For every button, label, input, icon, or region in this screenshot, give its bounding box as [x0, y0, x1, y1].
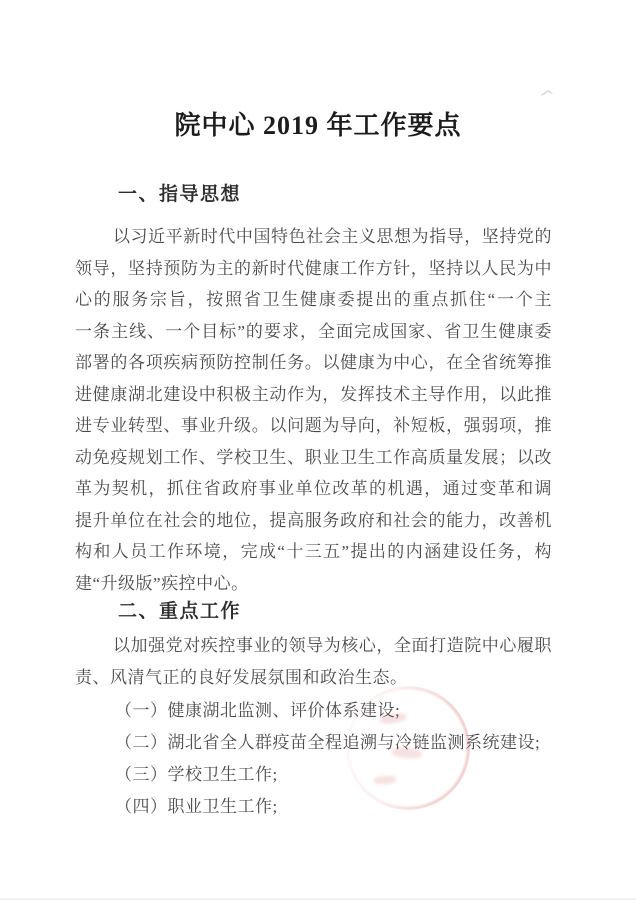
text-line: 部署的各项疾病预防控制任务。以健康为中心，在全省统筹推 — [75, 347, 552, 379]
text-line: 动免疫规划工作、学校卫生、职业卫生工作高质量发展；以改 — [75, 442, 552, 474]
text-line: 责、风清气正的良好发展氛围和政治生态。 — [75, 662, 552, 694]
list-item: （一）健康湖北监测、评价体系建设; — [75, 695, 552, 727]
paragraph-guiding-ideology: 以习近平新时代中国特色社会主义思想为指导，坚持党的领导，坚持预防为主的新时代健康… — [75, 221, 552, 599]
paragraph-key-work: 以加强党对疾控事业的领导为核心，全面打造院中心履职尽责、风清气正的良好发展氛围和… — [75, 630, 552, 693]
list-item: （三）学校卫生工作; — [75, 759, 552, 791]
text-line: 革为契机，抓住省政府事业单位改革的机遇，通过变革和调整， — [75, 473, 552, 505]
text-line: 进专业转型、事业升级。以问题为导向，补短板，强弱项，推 — [75, 410, 552, 442]
numbered-list: （一）健康湖北监测、评价体系建设;（二）湖北省全人群疫苗全程追溯与冷链监测系统建… — [75, 695, 552, 823]
text-line: 构和人员工作环境，完成“十三五”提出的内涵建设任务，构 — [75, 536, 552, 568]
text-line: 建“升级版”疾控中心。 — [75, 568, 552, 600]
list-item: （二）湖北省全人群疫苗全程追溯与冷链监测系统建设; — [75, 727, 552, 759]
text-line: 提升单位在社会的地位，提高服务政府和社会的能力，改善机 — [75, 505, 552, 537]
scanned-document-page: 院中心 2019 年工作要点 一、指导思想 以习近平新时代中国特色社会主义思想为… — [0, 0, 636, 900]
text-line: 心的服务宗旨，按照省卫生健康委提出的重点抓住“一个主题、 — [75, 284, 552, 316]
document-body: 一、指导思想 以习近平新时代中国特色社会主义思想为指导，坚持党的领导，坚持预防为… — [75, 0, 552, 900]
section-heading-guiding-ideology: 一、指导思想 — [75, 183, 552, 207]
list-item: （四）职业卫生工作; — [75, 791, 552, 823]
section-heading-key-work: 二、重点工作 — [75, 600, 552, 624]
text-line: 以加强党对疾控事业的领导为核心，全面打造院中心履职尽 — [75, 630, 552, 662]
text-line: 领导，坚持预防为主的新时代健康工作方针，坚持以人民为中 — [75, 253, 552, 285]
text-line: 一条主线、一个目标”的要求，全面完成国家、省卫生健康委 — [75, 316, 552, 348]
text-line: 进健康湖北建设中积极主动作为，发挥技术主导作用，以此推 — [75, 379, 552, 411]
text-line: 以习近平新时代中国特色社会主义思想为指导，坚持党的 — [75, 221, 552, 253]
